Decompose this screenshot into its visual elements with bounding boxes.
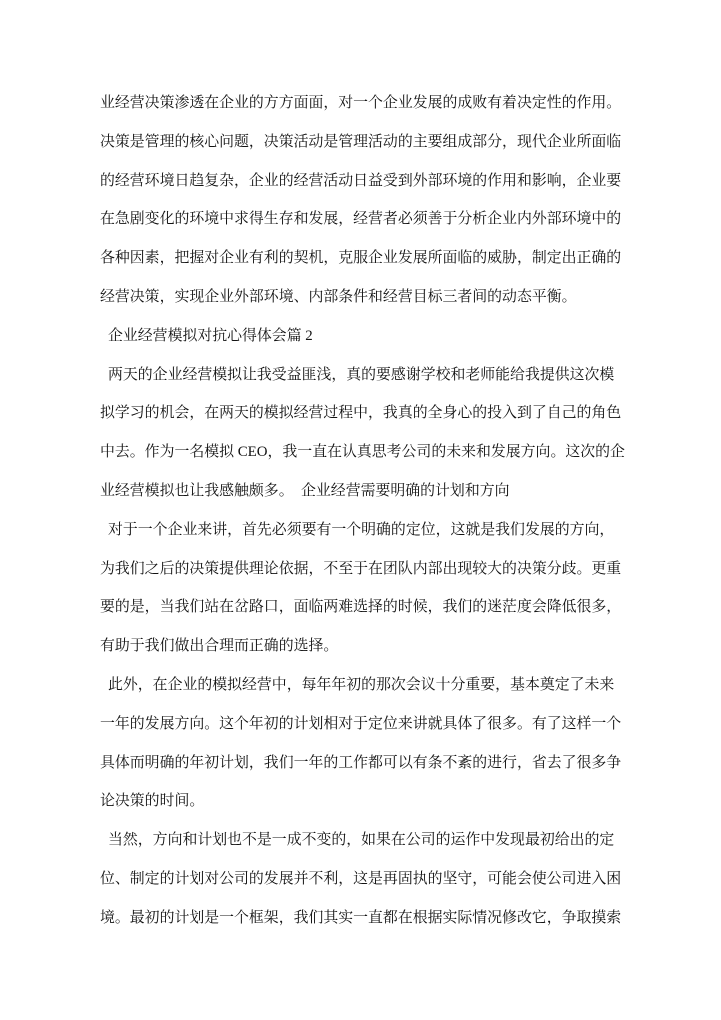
- body-paragraph-continuation-line: 业经营决策渗透在企业的方方面面，对一个企业发展的成败有着决定性的作用。: [100, 84, 630, 123]
- body-paragraph-line: 对于一个企业来讲，首先必须要有一个明确的定位，这就是我们发展的方向，: [100, 511, 630, 550]
- body-paragraph-continuation-line: 经营决策，实现企业外部环境、内部条件和经营目标三者间的动态平衡。: [100, 278, 630, 317]
- body-paragraph-line: 此外，在企业的模拟经营中，每年年初的那次会议十分重要，基本奠定了未来: [100, 666, 630, 705]
- body-paragraph-line: 境。最初的计划是一个框架，我们其实一直都在根据实际情况修改它，争取摸索: [100, 899, 630, 938]
- body-paragraph-line: 当然，方向和计划也不是一成不变的，如果在公司的运作中发现最初给出的定: [100, 821, 630, 860]
- body-paragraph-continuation-line: 在急剧变化的环境中求得生存和发展，经营者必须善于分析企业内外部环境中的: [100, 200, 630, 239]
- body-paragraph-line: 为我们之后的决策提供理论依据，不至于在团队内部出现较大的决策分歧。更重: [100, 550, 630, 589]
- body-paragraph-line: 具体而明确的年初计划，我们一年的工作都可以有条不紊的进行，省去了很多争: [100, 744, 630, 783]
- body-paragraph-line: 要的是，当我们站在岔路口，面临两难选择的时候，我们的迷茫度会降低很多，: [100, 588, 630, 627]
- body-paragraph-line: 论决策的时间。: [100, 782, 630, 821]
- body-paragraph-line: 中去。作为一名模拟 CEO，我一直在认真思考公司的未来和发展方向。这次的企: [100, 433, 630, 472]
- body-paragraph-continuation-line: 决策是管理的核心问题，决策活动是管理活动的主要组成部分，现代企业所面临: [100, 123, 630, 162]
- body-paragraph-line: 业经营模拟也让我感触颇多。 企业经营需要明确的计划和方向: [100, 472, 630, 511]
- body-paragraph-continuation-line: 各种因素，把握对企业有利的契机，克服企业发展所面临的威胁，制定出正确的: [100, 239, 630, 278]
- document-page: 业经营决策渗透在企业的方方面面，对一个企业发展的成败有着决定性的作用。决策是管理…: [0, 0, 721, 1020]
- body-paragraph-line: 位、制定的计划对公司的发展并不利，这是再固执的坚守，可能会使公司进入困: [100, 860, 630, 899]
- body-paragraph-line: 有助于我们做出合理而正确的选择。: [100, 627, 630, 666]
- body-paragraph-line: 拟学习的机会，在两天的模拟经营过程中，我真的全身心的投入到了自己的角色: [100, 394, 630, 433]
- document-body: 业经营决策渗透在企业的方方面面，对一个企业发展的成败有着决定性的作用。决策是管理…: [100, 84, 630, 938]
- body-paragraph-line: 两天的企业经营模拟让我受益匪浅，真的要感谢学校和老师能给我提供这次模: [100, 356, 630, 395]
- body-paragraph-line: 一年的发展方向。这个年初的计划相对于定位来讲就具体了很多。有了这样一个: [100, 705, 630, 744]
- section-heading-line: 企业经营模拟对抗心得体会篇 2: [100, 317, 630, 356]
- body-paragraph-continuation-line: 的经营环境日趋复杂，企业的经营活动日益受到外部环境的作用和影响，企业要: [100, 162, 630, 201]
